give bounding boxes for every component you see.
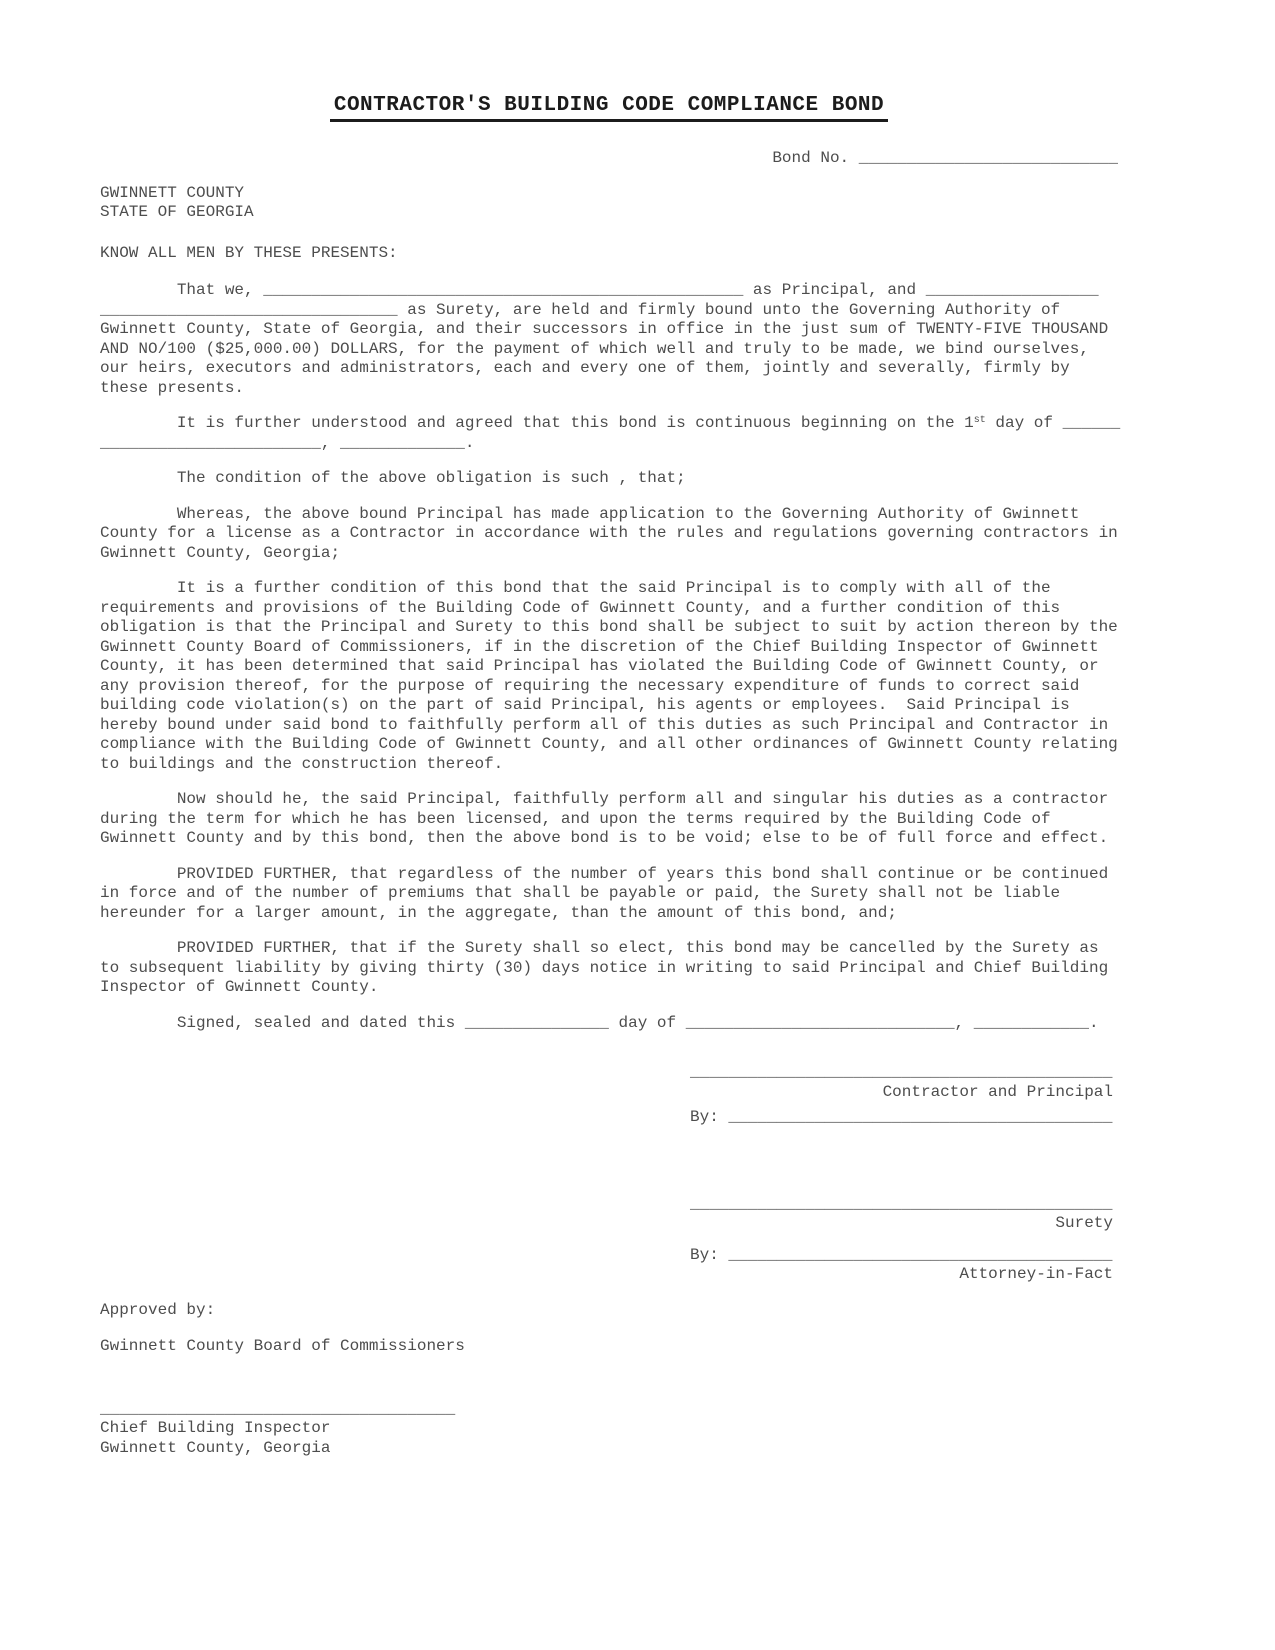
- title-row: CONTRACTOR'S BUILDING CODE COMPLIANCE BO…: [100, 93, 1118, 122]
- paragraph-condition: The condition of the above obligation is…: [100, 469, 1118, 489]
- text-line: compliance with the Building Code of Gwi…: [100, 735, 1118, 755]
- bond-number-label: Bond No.: [772, 149, 858, 167]
- surety-signature-rule: ________________________________________…: [690, 1195, 1113, 1215]
- salutation-line: KNOW ALL MEN BY THESE PRESENTS:: [100, 244, 1118, 264]
- text-line: to subsequent liability by giving thirty…: [100, 959, 1118, 979]
- text-segment: It is further understood and agreed that…: [100, 414, 974, 432]
- text-line: in force and of the number of premiums t…: [100, 884, 1118, 904]
- inspector-title-line: Chief Building Inspector: [100, 1419, 1118, 1439]
- paragraph-signed-sealed: Signed, sealed and dated this __________…: [100, 1014, 1118, 1034]
- bond-number-row: Bond No. ___________________________: [100, 149, 1118, 169]
- text-line: Now should he, the said Principal, faith…: [100, 790, 1118, 810]
- text-line: PROVIDED FURTHER, that if the Surety sha…: [100, 939, 1118, 959]
- paragraph-provided-further-1: PROVIDED FURTHER, that regardless of the…: [100, 865, 1118, 924]
- paragraph-provided-further-2: PROVIDED FURTHER, that if the Surety sha…: [100, 939, 1118, 998]
- text-line: Gwinnett County and by this bond, then t…: [100, 829, 1118, 849]
- ordinal-superscript: st: [974, 415, 986, 426]
- text-line: Signed, sealed and dated this __________…: [100, 1014, 1118, 1034]
- signature-section: ________________________________________…: [690, 1063, 1113, 1285]
- attorney-in-fact-label: Attorney-in-Fact: [690, 1265, 1113, 1285]
- contractor-signature-label: Contractor and Principal: [690, 1083, 1113, 1103]
- text-line: _______________________, _____________.: [100, 434, 1118, 454]
- text-line: Gwinnett County, Georgia;: [100, 544, 1118, 564]
- text-line: these presents.: [100, 379, 1118, 399]
- text-line: It is further understood and agreed that…: [100, 414, 1118, 434]
- document-page: CONTRACTOR'S BUILDING CODE COMPLIANCE BO…: [0, 0, 1275, 1650]
- text-line: The condition of the above obligation is…: [100, 469, 1118, 489]
- contractor-signature-rule: ________________________________________…: [690, 1063, 1113, 1083]
- approved-by-line: Approved by:: [100, 1301, 1118, 1321]
- contractor-by-line: By: ____________________________________…: [690, 1108, 1113, 1128]
- text-line: County for a license as a Contractor in …: [100, 524, 1118, 544]
- text-line: _______________________________ as Suret…: [100, 301, 1118, 321]
- text-line: our heirs, executors and administrators,…: [100, 359, 1118, 379]
- text-line: building code violation(s) on the part o…: [100, 696, 1118, 716]
- paragraph-further-condition: It is a further condition of this bond t…: [100, 579, 1118, 774]
- text-segment: day of ______: [986, 414, 1120, 432]
- state-line: STATE OF GEORGIA: [100, 203, 1118, 223]
- inspector-signature-rule: _____________________________________: [100, 1400, 1118, 1420]
- text-line: County, it has been determined that said…: [100, 657, 1118, 677]
- inspector-location-line: Gwinnett County, Georgia: [100, 1439, 1118, 1459]
- text-line: It is a further condition of this bond t…: [100, 579, 1118, 599]
- text-line: obligation is that the Principal and Sur…: [100, 618, 1118, 638]
- jurisdiction-block: GWINNETT COUNTY STATE OF GEORGIA: [100, 184, 1118, 223]
- text-line: hereby bound under said bond to faithful…: [100, 716, 1118, 736]
- surety-by-line: By: ____________________________________…: [690, 1246, 1113, 1266]
- page-title: CONTRACTOR'S BUILDING CODE COMPLIANCE BO…: [330, 93, 888, 122]
- text-line: Gwinnett County, State of Georgia, and t…: [100, 320, 1118, 340]
- text-line: That we, _______________________________…: [100, 281, 1118, 301]
- text-line: any provision thereof, for the purpose o…: [100, 677, 1118, 697]
- paragraph-whereas: Whereas, the above bound Principal has m…: [100, 505, 1118, 564]
- text-line: hereunder for a larger amount, in the ag…: [100, 904, 1118, 924]
- surety-signature-label: Surety: [690, 1214, 1113, 1234]
- text-line: to buildings and the construction thereo…: [100, 755, 1118, 775]
- text-line: Whereas, the above bound Principal has m…: [100, 505, 1118, 525]
- county-line: GWINNETT COUNTY: [100, 184, 1118, 204]
- inspector-signature-block: _____________________________________ Ch…: [100, 1400, 1118, 1459]
- paragraph-obligation: That we, _______________________________…: [100, 281, 1118, 398]
- paragraph-continuous-bond: It is further understood and agreed that…: [100, 414, 1118, 453]
- paragraph-now-should-he: Now should he, the said Principal, faith…: [100, 790, 1118, 849]
- text-line: AND NO/100 ($25,000.00) DOLLARS, for the…: [100, 340, 1118, 360]
- text-line: Inspector of Gwinnett County.: [100, 978, 1118, 998]
- text-line: Gwinnett County Board of Commissioners, …: [100, 638, 1118, 658]
- bond-number-blank: ___________________________: [859, 149, 1118, 167]
- text-line: requirements and provisions of the Build…: [100, 599, 1118, 619]
- board-of-commissioners-line: Gwinnett County Board of Commissioners: [100, 1337, 1118, 1357]
- text-line: PROVIDED FURTHER, that regardless of the…: [100, 865, 1118, 885]
- text-line: during the term for which he has been li…: [100, 810, 1118, 830]
